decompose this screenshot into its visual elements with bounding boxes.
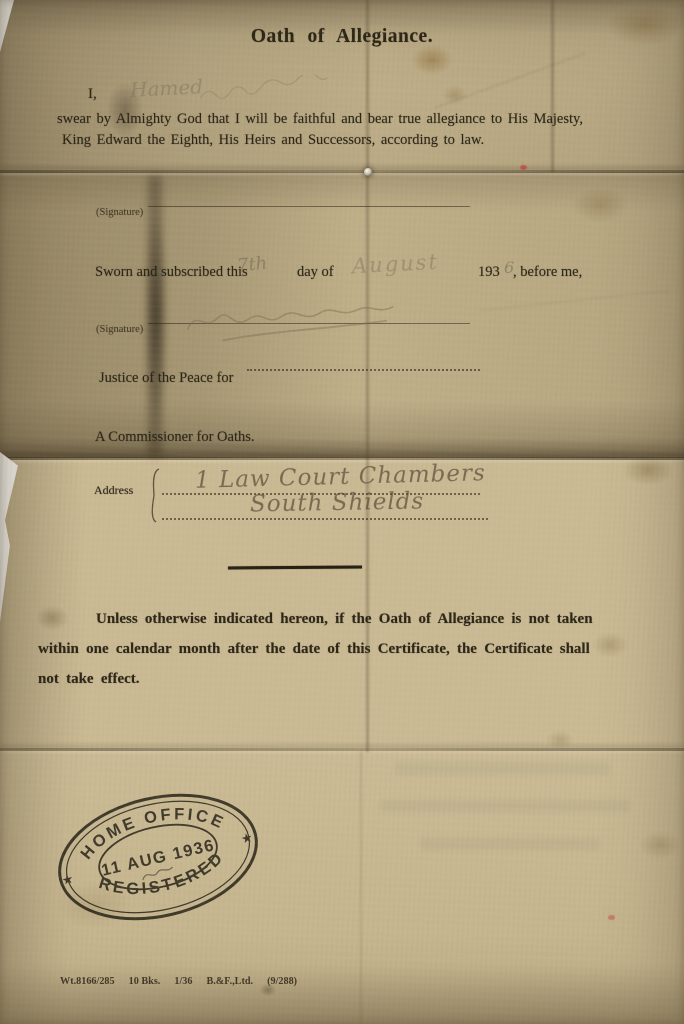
print-reference-code: (9/288) (267, 976, 297, 987)
print-reference-bks: 10 Bks. (129, 976, 161, 987)
address-handwriting-line1: 1 Law Court Chambers (195, 460, 486, 494)
paper-edge-notch-left (0, 452, 18, 622)
commissioner-label: A Commissioner for Oaths. (95, 429, 255, 446)
notice-line3: not take effect. (38, 671, 140, 688)
horizontal-fold-3 (0, 748, 684, 751)
address-label: Address (94, 483, 133, 498)
signature-scribble (181, 294, 403, 350)
diagonal-crease-top-right (435, 53, 586, 109)
notice-line2: within one calendar month after the date… (38, 641, 590, 658)
justice-dotted-line (247, 369, 480, 371)
print-reference-date: 1/36 (174, 976, 192, 987)
print-reference-wt: Wt.8166/285 (60, 976, 115, 987)
section-divider-rule (228, 566, 362, 570)
star-icon-left: ★ (60, 871, 75, 888)
sworn-month-handwriting: August (351, 250, 439, 279)
signature-line-top (148, 206, 470, 207)
red-mark-lower (608, 915, 615, 920)
diagonal-crease-mid-right (480, 290, 669, 311)
opening-pronoun: I, (88, 86, 97, 103)
red-mark-upper (520, 165, 527, 170)
horizontal-fold-1 (0, 170, 684, 173)
bleed-through-ghost-3 (420, 838, 600, 850)
address-handwriting-line2: South Shields (250, 488, 425, 517)
year-printed: 193 (478, 264, 500, 281)
bleed-through-ghost-1 (395, 762, 610, 775)
justice-of-peace-label: Justice of the Peace for (99, 370, 233, 387)
print-reference: Wt.8166/285 10 Bks. 1/36 B.&F.,Ltd. (9/2… (60, 976, 297, 987)
vertical-fold-lower (360, 750, 362, 1024)
sworn-prefix: Sworn and subscribed this (95, 264, 248, 281)
oath-text-line2: King Edward the Eighth, His Heirs and Su… (62, 132, 484, 149)
signature-line-bottom (148, 323, 470, 324)
oath-document: Oath of Allegiance. I, Hamed swear by Al… (0, 0, 684, 1024)
horizontal-fold-2 (0, 457, 684, 460)
document-title: Oath of Allegiance. (0, 26, 684, 48)
star-icon-right: ★ (239, 829, 254, 846)
address-dotted-line-2 (162, 518, 488, 520)
dark-smudge-core (148, 175, 162, 457)
name-scribble (197, 73, 330, 108)
declarant-name-handwriting: Hamed (129, 74, 203, 102)
address-brace (146, 468, 162, 524)
oath-text-line1: swear by Almighty God that I will be fai… (57, 111, 583, 128)
pin-hole (364, 168, 372, 176)
day-of-label: day of (297, 264, 334, 281)
signature-label-top: (Signature) (96, 207, 143, 218)
signature-label-bottom: (Signature) (96, 324, 143, 335)
notice-line1: Unless otherwise indicated hereon, if th… (96, 611, 593, 628)
before-me-label: , before me, (513, 264, 582, 281)
sworn-day-handwriting: 7th (236, 252, 268, 276)
bleed-through-ghost-2 (380, 800, 630, 812)
home-office-stamp: HOME OFFICE REGISTERED ★ ★ 11 AUG 1936 (38, 769, 278, 944)
print-reference-printer: B.&F.,Ltd. (206, 976, 253, 987)
